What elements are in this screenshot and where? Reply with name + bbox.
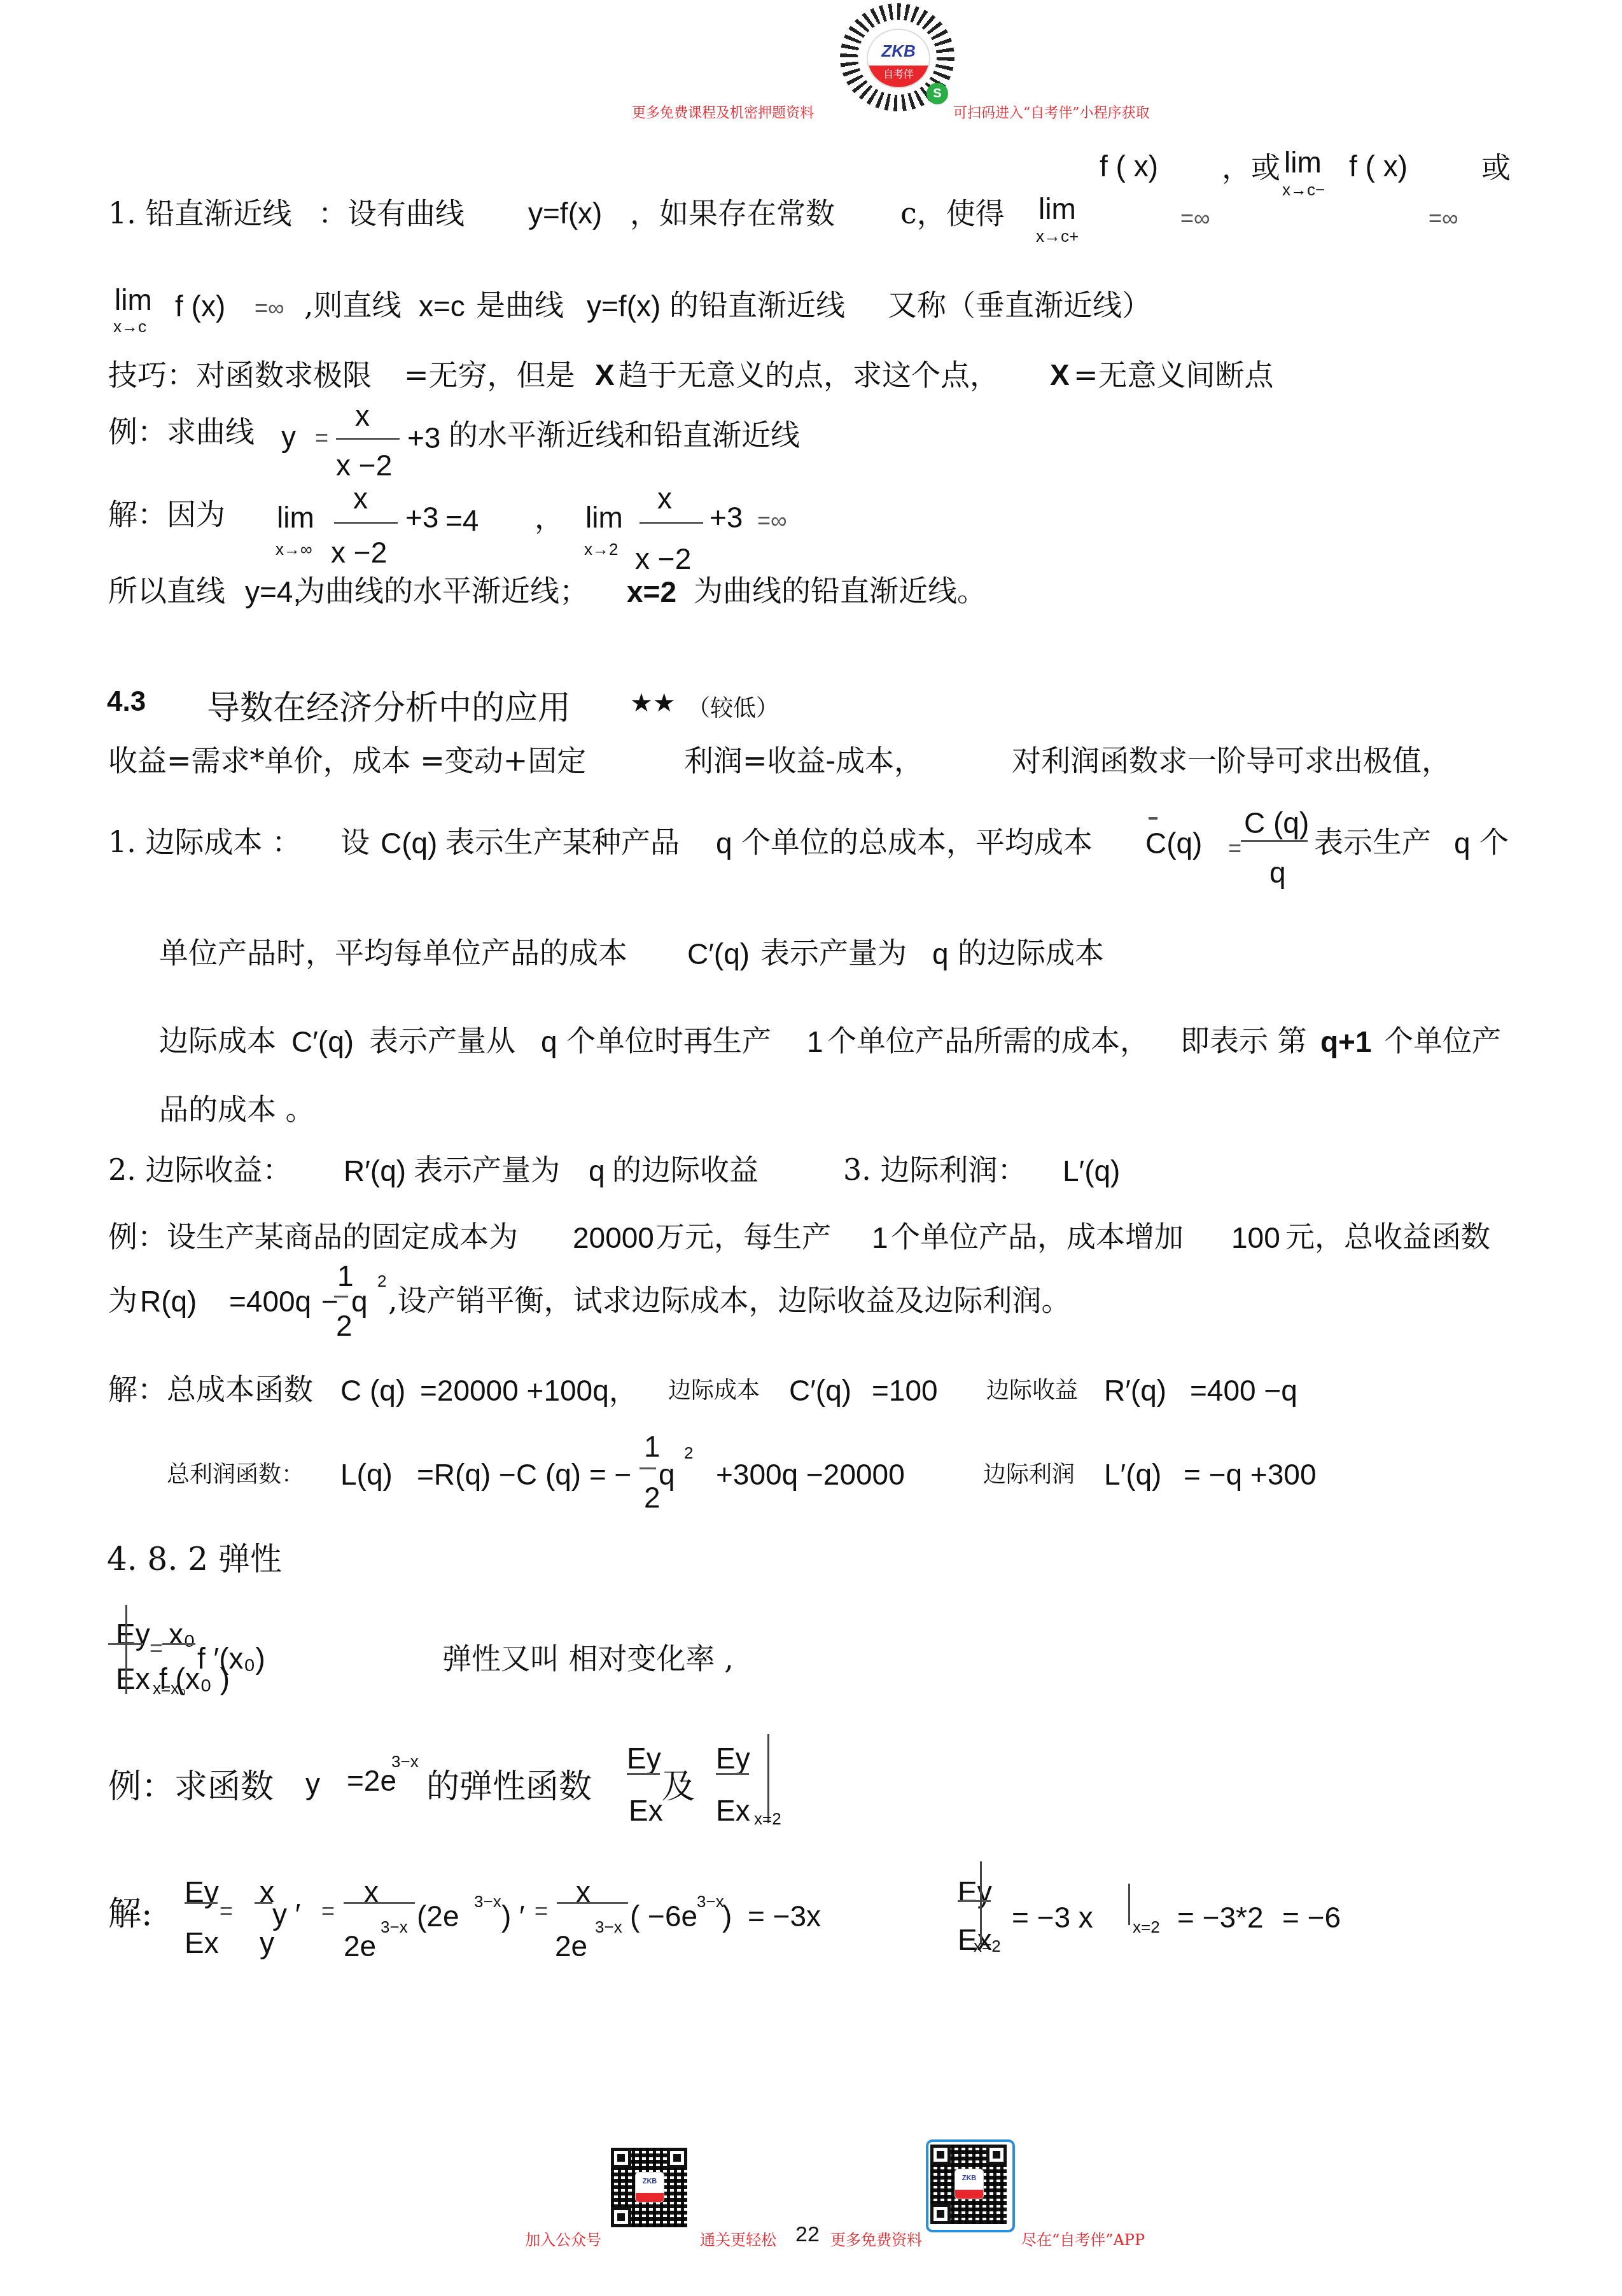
- footer-app-text: 尽在“自考伴”APP: [1021, 2227, 1145, 2250]
- fraction-bar: [640, 522, 703, 524]
- wechat-official-account-qr-icon: ZKB: [611, 2148, 687, 2227]
- section-title: 导数在经济分析中的应用: [207, 681, 571, 729]
- fraction-bar: [1241, 840, 1308, 842]
- fraction-bar: [716, 1773, 749, 1775]
- fraction-bar: [557, 1902, 628, 1904]
- footer-join-text: 加入公众号: [525, 2227, 601, 2250]
- fraction-bar: [336, 438, 400, 440]
- header-logo: ZKB 自考伴 S: [840, 3, 961, 115]
- fraction-bar: [640, 1467, 656, 1469]
- wechat-miniprogram-icon: S: [926, 83, 948, 104]
- average-bar: [1149, 817, 1157, 820]
- fraction-bar: [185, 1902, 218, 1904]
- page-number: 22: [795, 2222, 820, 2247]
- difficulty-level: （较低）: [687, 690, 779, 723]
- header-right-caption: 可扫码进入“自考伴”小程序获取: [953, 102, 1150, 122]
- fraction-bar: [255, 1902, 272, 1904]
- header-left-caption: 更多免费课程及机密押题资料: [632, 102, 814, 122]
- section-title: 4. 8. 2 弹性: [107, 1534, 282, 1579]
- difficulty-stars: ★★: [630, 689, 676, 718]
- app-download-qr-icon: ZKB: [930, 2145, 1007, 2224]
- fraction-bar: [162, 1643, 195, 1645]
- fraction-bar: [334, 1296, 348, 1298]
- fraction-bar: [334, 522, 398, 524]
- fraction-bar: [958, 1900, 991, 1902]
- zkb-logo: ZKB 自考伴: [867, 29, 930, 88]
- evaluation-bar: [1128, 1884, 1130, 1925]
- section-number: 4.3: [107, 686, 146, 718]
- fraction-bar: [344, 1902, 415, 1904]
- evaluation-bar: [980, 1861, 982, 1944]
- footer-more-text: 更多免费资料: [830, 2227, 922, 2250]
- evaluation-bar: [125, 1605, 127, 1694]
- item-label: 1. 铅直渐近线: [108, 199, 292, 228]
- fraction-bar: [627, 1773, 660, 1775]
- footer-easy-text: 通关更轻松: [700, 2227, 776, 2250]
